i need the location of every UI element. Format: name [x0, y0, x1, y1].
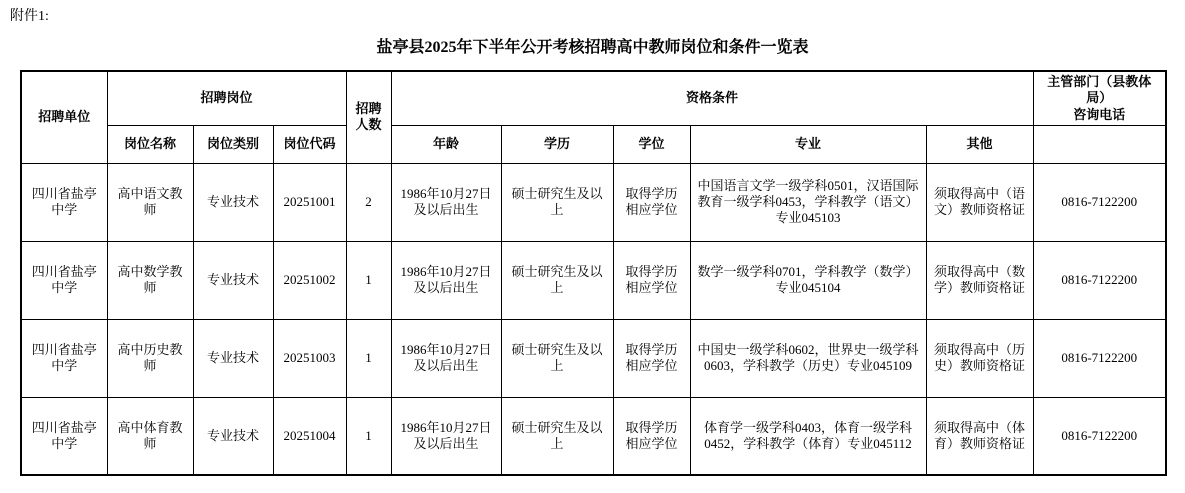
cell-post-category: 专业技术: [193, 319, 273, 397]
header-education: 学历: [501, 125, 613, 163]
cell-count: 1: [346, 397, 391, 475]
header-contact-empty-cell: [1033, 125, 1166, 163]
cell-post-name: 高中数学教师: [107, 241, 193, 319]
header-recruit-count: 招聘人数: [346, 71, 391, 163]
cell-post-code: 20251004: [273, 397, 346, 475]
cell-age: 1986年10月27日及以后出生: [391, 319, 501, 397]
cell-degree: 取得学历相应学位: [613, 163, 690, 241]
header-row-2: 岗位名称 岗位类别 岗位代码 年龄 学历 学位 专业 其他: [21, 125, 1166, 163]
cell-unit: 四川省盐亭中学: [21, 163, 107, 241]
header-post-code: 岗位代码: [273, 125, 346, 163]
header-post-category: 岗位类别: [193, 125, 273, 163]
table-row: 四川省盐亭中学 高中体育教师 专业技术 20251004 1 1986年10月2…: [21, 397, 1166, 475]
cell-other: 须取得高中（语文）教师资格证: [926, 163, 1033, 241]
cell-degree: 取得学历相应学位: [613, 241, 690, 319]
table-row: 四川省盐亭中学 高中历史教师 专业技术 20251003 1 1986年10月2…: [21, 319, 1166, 397]
page-title: 盐亭县2025年下半年公开考核招聘高中教师岗位和条件一览表: [0, 38, 1185, 58]
cell-count: 1: [346, 319, 391, 397]
header-qualification-group: 资格条件: [391, 71, 1033, 125]
cell-other: 须取得高中（历史）教师资格证: [926, 319, 1033, 397]
cell-post-category: 专业技术: [193, 163, 273, 241]
cell-education: 硕士研究生及以上: [501, 319, 613, 397]
cell-post-code: 20251003: [273, 319, 346, 397]
cell-age: 1986年10月27日及以后出生: [391, 397, 501, 475]
cell-age: 1986年10月27日及以后出生: [391, 241, 501, 319]
cell-post-name: 高中体育教师: [107, 397, 193, 475]
cell-major: 体育学一级学科0403，体育一级学科0452，学科教学（体育）专业045112: [690, 397, 926, 475]
header-other: 其他: [926, 125, 1033, 163]
header-age: 年龄: [391, 125, 501, 163]
header-major: 专业: [690, 125, 926, 163]
cell-phone: 0816-7122200: [1033, 163, 1166, 241]
cell-unit: 四川省盐亭中学: [21, 397, 107, 475]
recruitment-table: 招聘单位 招聘岗位 招聘人数 资格条件 主管部门（县教体局） 咨询电话 岗位名称…: [20, 70, 1167, 476]
cell-unit: 四川省盐亭中学: [21, 241, 107, 319]
header-post-name: 岗位名称: [107, 125, 193, 163]
cell-count: 1: [346, 241, 391, 319]
cell-major: 中国史一级学科0602，世界史一级学科0603，学科教学（历史）专业045109: [690, 319, 926, 397]
cell-post-name: 高中历史教师: [107, 319, 193, 397]
cell-phone: 0816-7122200: [1033, 397, 1166, 475]
table-row: 四川省盐亭中学 高中语文教师 专业技术 20251001 2 1986年10月2…: [21, 163, 1166, 241]
header-row-1: 招聘单位 招聘岗位 招聘人数 资格条件 主管部门（县教体局） 咨询电话: [21, 71, 1166, 125]
cell-education: 硕士研究生及以上: [501, 397, 613, 475]
cell-post-name: 高中语文教师: [107, 163, 193, 241]
cell-major: 数学一级学科0701，学科教学（数学）专业045104: [690, 241, 926, 319]
document-page: 附件1: 盐亭县2025年下半年公开考核招聘高中教师岗位和条件一览表 招聘单位 …: [0, 0, 1185, 493]
cell-education: 硕士研究生及以上: [501, 163, 613, 241]
cell-degree: 取得学历相应学位: [613, 319, 690, 397]
cell-other: 须取得高中（数学）教师资格证: [926, 241, 1033, 319]
table-row: 四川省盐亭中学 高中数学教师 专业技术 20251002 1 1986年10月2…: [21, 241, 1166, 319]
cell-unit: 四川省盐亭中学: [21, 319, 107, 397]
cell-phone: 0816-7122200: [1033, 241, 1166, 319]
cell-other: 须取得高中（体育）教师资格证: [926, 397, 1033, 475]
cell-post-code: 20251002: [273, 241, 346, 319]
cell-education: 硕士研究生及以上: [501, 241, 613, 319]
attachment-label: 附件1:: [10, 8, 49, 25]
cell-post-category: 专业技术: [193, 397, 273, 475]
header-supervisor-contact: 主管部门（县教体局） 咨询电话: [1033, 71, 1166, 125]
cell-age: 1986年10月27日及以后出生: [391, 163, 501, 241]
cell-phone: 0816-7122200: [1033, 319, 1166, 397]
cell-major: 中国语言文学一级学科0501，汉语国际教育一级学科0453，学科教学（语文）专业…: [690, 163, 926, 241]
header-recruit-post-group: 招聘岗位: [107, 71, 346, 125]
header-degree: 学位: [613, 125, 690, 163]
cell-degree: 取得学历相应学位: [613, 397, 690, 475]
cell-post-code: 20251001: [273, 163, 346, 241]
cell-post-category: 专业技术: [193, 241, 273, 319]
cell-count: 2: [346, 163, 391, 241]
header-recruit-unit: 招聘单位: [21, 71, 107, 163]
